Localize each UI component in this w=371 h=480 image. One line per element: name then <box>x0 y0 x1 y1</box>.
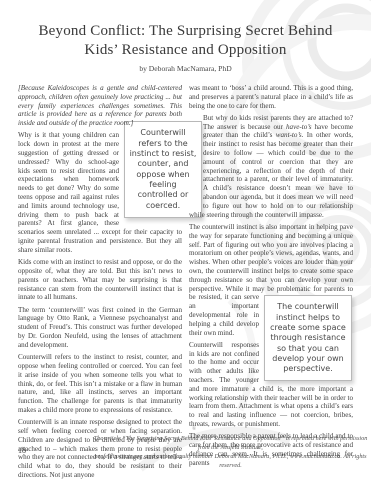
registered-trademark-symbol: ® <box>192 426 196 432</box>
two-column-body: [Because Kaleidoscopes is a gentle and c… <box>18 84 353 480</box>
article-content: Beyond Conflict: The Surprising Secret B… <box>0 0 371 480</box>
pull-quote-1-wrap-spacer <box>189 114 203 204</box>
right-column: was meant to ‘boss’ a child around. This… <box>189 84 353 480</box>
pull-quote-2-text: The counterwill instinct helps to create… <box>270 302 346 373</box>
paragraph-text: The counterwill instinct is also importa… <box>189 223 353 293</box>
paragraph: was meant to ‘boss’ a child around. This… <box>189 84 353 110</box>
paragraph: Counterwill refers to the instinct to re… <box>18 131 182 254</box>
article-title: Beyond Conflict: The Surprising Secret B… <box>18 22 353 59</box>
reprint-credit-line-2: neufeldinstitute.org, and author/faculty… <box>94 453 366 469</box>
byline: by Deborah MacNamara, PhD <box>18 64 353 73</box>
emphasis-text: want-to’s <box>276 131 302 139</box>
paragraph-text: . In other words, their instinct to resi… <box>189 131 353 218</box>
reprint-credit-line-1: The article “The Surprising Secret Behin… <box>94 435 368 451</box>
paragraph: The term ‘counterwill’ was first coined … <box>18 306 182 350</box>
left-column: [Because Kaleidoscopes is a gentle and c… <box>18 84 182 480</box>
article-page: Beyond Conflict: The Surprising Secret B… <box>0 0 371 480</box>
paragraph: Counterwill refers to the instinct to re… <box>18 353 182 415</box>
pull-quote-2: The counterwill instinct helps to create… <box>264 295 352 381</box>
paragraph: Kids come with an instinct to resist and… <box>18 258 182 302</box>
title-line-1: Beyond Conflict: The Surprising Secret B… <box>38 23 332 39</box>
emphasis-text: have-to’s <box>286 123 311 131</box>
page-number: 18 <box>18 446 26 455</box>
title-line-2: Kids’ Resistance and Opposition <box>84 42 286 58</box>
reprint-credit: The article “The Surprising Secret Behin… <box>92 434 369 470</box>
pull-quote-1-text: Counterwill refers to the instinct to re… <box>130 128 197 209</box>
paragraph: But why do kids resist parents they are … <box>189 114 353 220</box>
paragraph: The counterwill instinct is also importa… <box>189 223 353 337</box>
